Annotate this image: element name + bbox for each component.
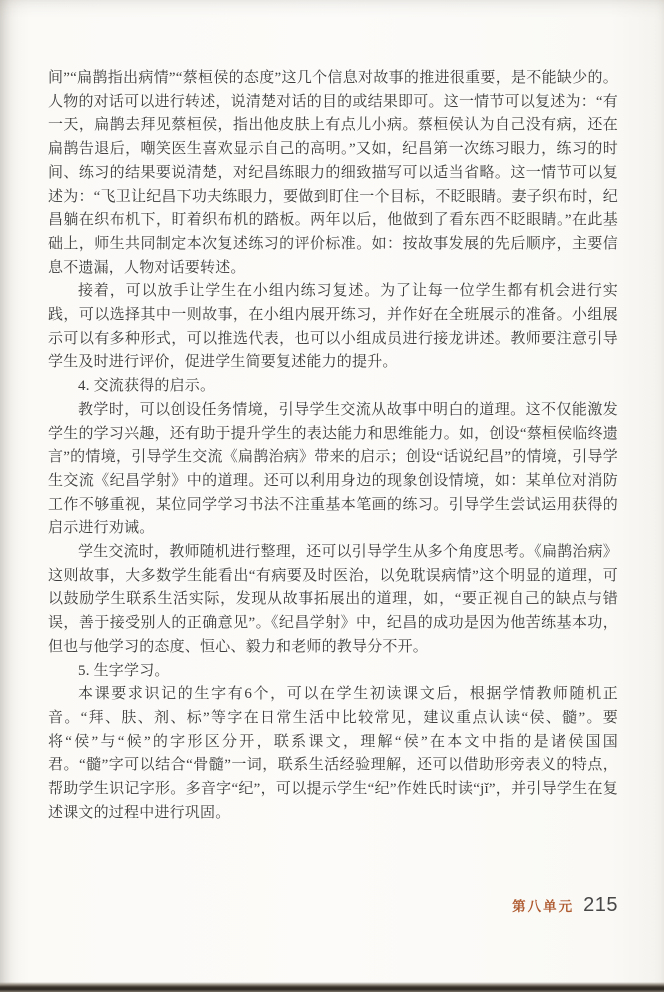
page-number: 215 <box>583 894 618 917</box>
unit-label: 第八单元 <box>512 895 574 915</box>
paragraph-p1: 间”“扁鹊指出病情”“蔡桓侯的态度”这几个信息对故事的推进很重要，是不能缺少的。… <box>48 67 618 280</box>
paragraph-p6-heading: 5. 生字学习。 <box>48 660 618 684</box>
paragraph-p5: 学生交流时，教师随机进行整理，还可以引导学生从多个角度思考。《扁鹊治病》这则故事… <box>48 541 618 660</box>
paragraph-p2: 接着，可以放手让学生在小组内练习复述。为了让每一位学生都有机会进行实践，可以选择… <box>48 280 618 375</box>
page-footer: 第八单元 215 <box>512 894 618 917</box>
paragraph-p7: 本课要求识记的生字有6个，可以在学生初读课文后，根据学情教师随机正音。“拜、肤、… <box>48 683 618 825</box>
scanned-book-page: 间”“扁鹊指出病情”“蔡桓侯的态度”这几个信息对故事的推进很重要，是不能缺少的。… <box>0 0 664 992</box>
paragraph-p4: 教学时，可以创设任务情境，引导学生交流从故事中明白的道理。这不仅能激发学生的学习… <box>48 399 618 541</box>
page-body-text: 间”“扁鹊指出病情”“蔡桓侯的态度”这几个信息对故事的推进很重要，是不能缺少的。… <box>48 67 618 826</box>
scan-bottom-edge <box>0 982 664 992</box>
paragraph-p3-heading: 4. 交流获得的启示。 <box>48 375 618 399</box>
